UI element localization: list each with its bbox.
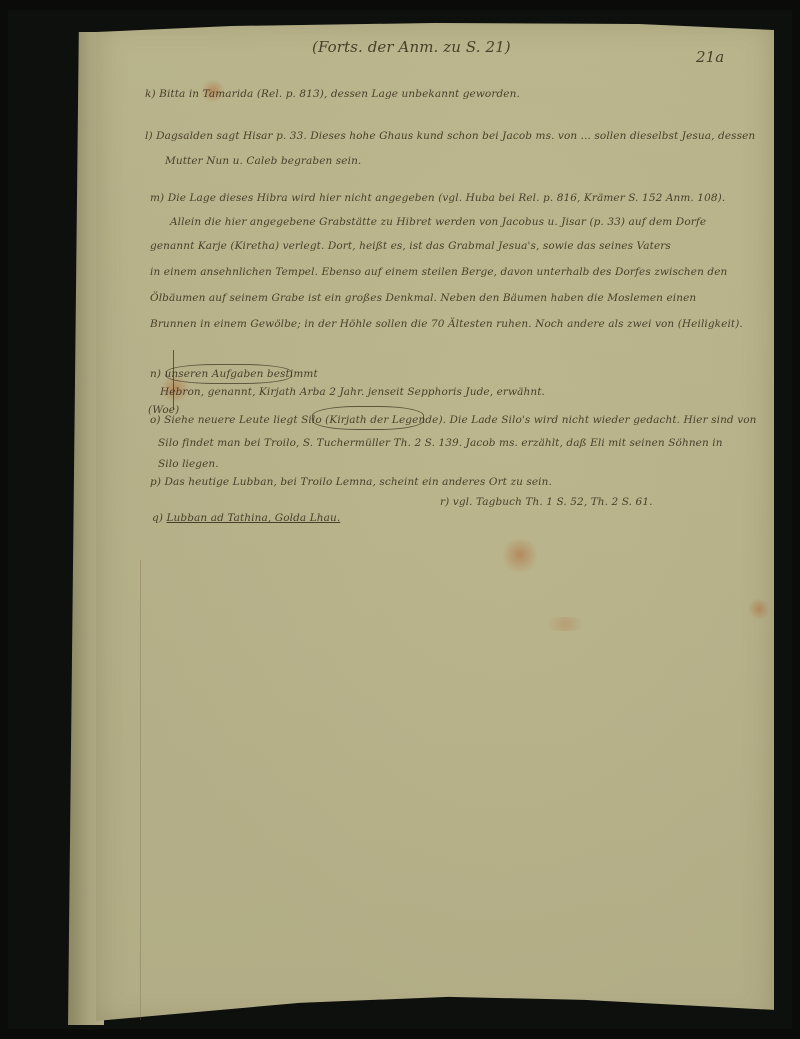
entry-marker: k): [145, 88, 156, 100]
page-number: 21a: [696, 48, 724, 66]
entry-r: r) vgl. Tagbuch Th. 1 S. 52, Th. 2 S. 61…: [440, 496, 653, 508]
entry-text: Dagsalden sagt Hisar p. 33. Dieses hohe …: [156, 130, 755, 142]
entry-text: Siehe neuere Leute liegt Silo (Kirjath d…: [164, 414, 756, 426]
entry-marker: l): [145, 130, 153, 142]
entry-marker: r): [440, 496, 449, 508]
entry-text: vgl. Tagbuch Th. 1 S. 52, Th. 2 S. 61.: [453, 496, 653, 508]
entry-text: Lubban ad Tathina, Golda Lhau.: [166, 512, 340, 524]
entry-marker: o): [150, 414, 161, 426]
entry-text: Das heutige Lubban, bei Troilo Lemna, sc…: [164, 476, 551, 488]
stain: [540, 617, 590, 631]
entry-p: p) Das heutige Lubban, bei Troilo Lemna,…: [150, 476, 552, 488]
stain: [500, 538, 540, 572]
entry-marker: n): [150, 368, 161, 380]
entry-n-cont: Hebron, genannt, Kirjath Arba 2 Jahr. je…: [160, 386, 545, 398]
entry-o: o) Siehe neuere Leute liegt Silo (Kirjat…: [150, 414, 757, 426]
entry-marker: p): [150, 476, 161, 488]
entry-k: k) Bitta in Tamarida (Rel. p. 813), dess…: [145, 88, 520, 100]
entry-marker: q): [152, 512, 163, 524]
entry-l: l) Dagsalden sagt Hisar p. 33. Dieses ho…: [145, 130, 755, 142]
entry-o-cont-2: Silo liegen.: [158, 458, 219, 470]
entry-m-cont-3: in einem ansehnlichen Tempel. Ebenso auf…: [150, 266, 727, 278]
entry-m-cont-5: Brunnen in einem Gewölbe; in der Höhle s…: [150, 318, 743, 330]
entry-m-cont-4: Ölbäumen auf seinem Grabe ist ein großes…: [150, 292, 696, 304]
entry-marker: m): [150, 192, 164, 204]
page-header: (Forts. der Anm. zu S. 21): [312, 38, 511, 56]
entry-m-cont-1: Allein die hier angegebene Grabstätte zu…: [170, 216, 706, 228]
entry-m-cont-2: genannt Karje (Kiretha) verlegt. Dort, h…: [150, 240, 671, 252]
entry-text: Die Lage dieses Hibra wird hier nicht an…: [168, 192, 726, 204]
circled-annotation: [312, 406, 424, 430]
fold-line: [140, 560, 141, 1020]
entry-m: m) Die Lage dieses Hibra wird hier nicht…: [150, 192, 725, 204]
entry-l-cont: Mutter Nun u. Caleb begraben sein.: [165, 155, 361, 167]
entry-q: q) Lubban ad Tathina, Golda Lhau.: [152, 512, 340, 524]
stain: [748, 598, 770, 620]
entry-o-cont-1: Silo findet man bei Troilo, S. Tuchermül…: [158, 437, 723, 449]
entry-text: Bitta in Tamarida (Rel. p. 813), dessen …: [159, 88, 520, 100]
circled-annotation: [166, 364, 292, 384]
